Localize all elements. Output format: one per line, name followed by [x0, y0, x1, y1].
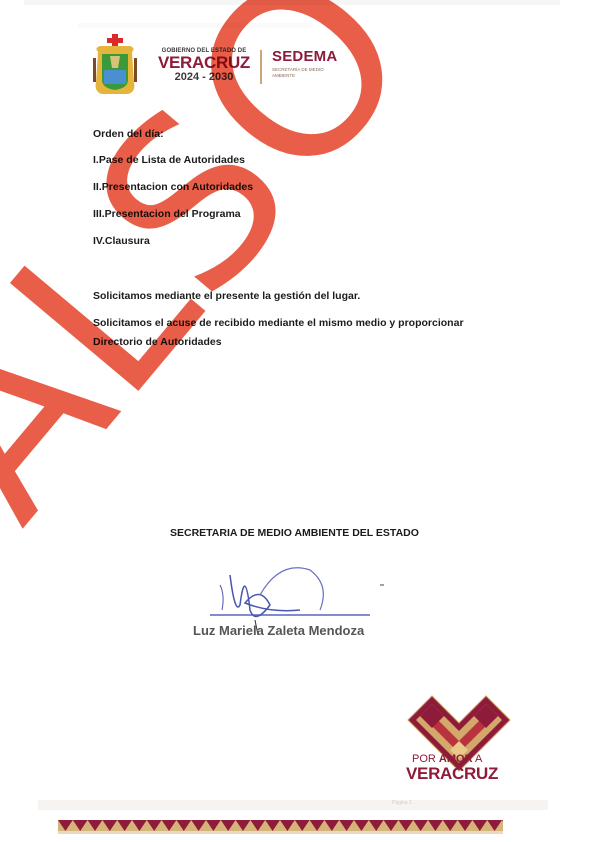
state-name: VERACRUZ	[154, 54, 254, 71]
letterhead: GOBIERNO DEL ESTADO DE VERACRUZ 2024 - 2…	[92, 34, 372, 100]
agenda-item: III.Presentacion del Programa	[93, 208, 241, 220]
band-base	[58, 831, 503, 834]
agenda-item: I.Pase de Lista de Autoridades	[93, 154, 245, 166]
agenda-item: IV.Clausura	[93, 235, 150, 247]
signatory-name: Luz Mariela Zaleta Mendoza	[193, 623, 364, 638]
body-paragraph: Solicitamos el acuse de recibido mediant…	[93, 317, 464, 329]
top-edge-shade	[78, 23, 313, 28]
government-wordmark: GOBIERNO DEL ESTADO DE VERACRUZ 2024 - 2…	[154, 48, 254, 83]
slogan-line2: VERACRUZ	[406, 764, 498, 784]
body-paragraph: Directorio de Autoridades	[93, 336, 222, 348]
agency-acronym: SEDEMA	[272, 49, 337, 65]
agenda-title: Orden del día:	[93, 128, 164, 140]
signatory-office: SECRETARIA DE MEDIO AMBIENTE DEL ESTADO	[170, 527, 419, 539]
veracruz-coat-of-arms-icon	[92, 34, 138, 98]
agency-wordmark: SEDEMA SECRETARÍA DE MEDIO AMBIENTE	[272, 49, 337, 78]
top-edge-shade	[24, 0, 560, 5]
government-term: 2024 - 2030	[154, 71, 254, 83]
agenda-item: II.Presentacion con Autoridades	[93, 181, 253, 193]
agency-name: SECRETARÍA DE MEDIO AMBIENTE	[272, 67, 332, 78]
body-paragraph: Solicitamos mediante el presente la gest…	[93, 290, 360, 302]
header-divider	[260, 50, 262, 84]
footer-shade	[38, 800, 548, 810]
page-number: Página 1	[392, 800, 412, 806]
